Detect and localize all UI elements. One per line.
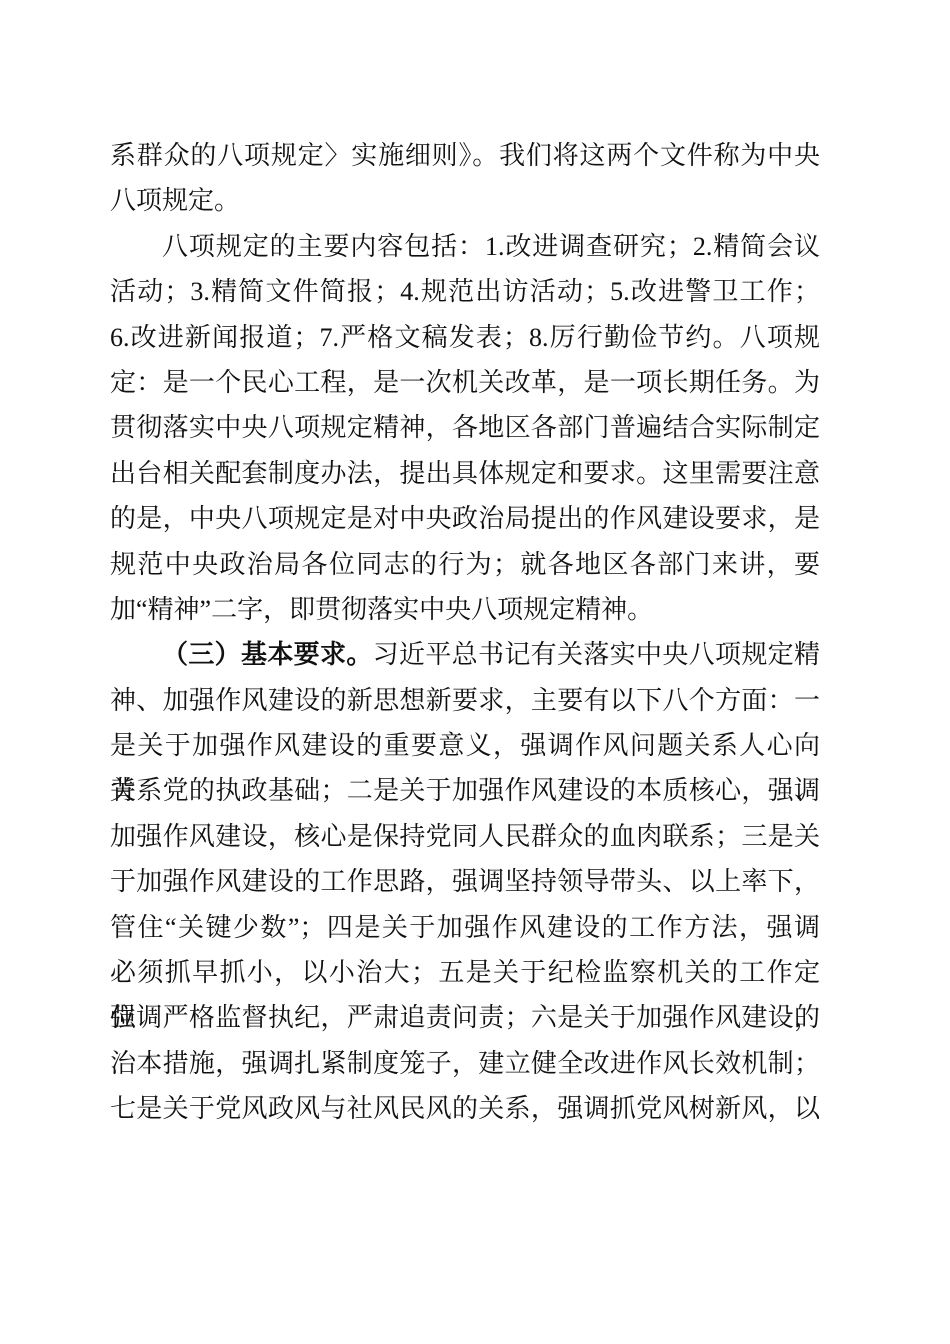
text-line: 加“精神”二字，即贯彻落实中央八项规定精神。 xyxy=(110,587,820,632)
text-line: 规范中央政治局各位同志的行为；就各地区各部门来讲，要 xyxy=(110,542,820,587)
text-line: 是关于加强作风建设的重要意义，强调作风问题关系人心向背、 xyxy=(110,723,820,768)
text-line: 于加强作风建设的工作思路，强调坚持领导带头、以上率下， xyxy=(110,859,820,904)
text-line: 贯彻落实中央八项规定精神，各地区各部门普遍结合实际制定 xyxy=(110,405,820,450)
text-line: 6.改进新闻报道；7.严格文稿发表；8.厉行勤俭节约。八项规 xyxy=(110,315,820,360)
text-line: 加强作风建设，核心是保持党同人民群众的血肉联系；三是关 xyxy=(110,814,820,859)
text-line: 管住“关键少数”；四是关于加强作风建设的工作方法，强调 xyxy=(110,905,820,950)
text-line: 习近平总书记有关落实中央八项规定精 xyxy=(373,640,820,669)
text-line: 定：是一个民心工程，是一次机关改革，是一项长期任务。为 xyxy=(110,360,820,405)
text-line: 七是关于党风政风与社风民风的关系，强调抓党风树新风，以 xyxy=(110,1086,820,1131)
text-line: 必须抓早抓小，以小治大；五是关于纪检监察机关的工作定位， xyxy=(110,950,820,995)
document-page: 系群众的八项规定〉实施细则》。我们将这两个文件称为中央 八项规定。 八项规定的主… xyxy=(0,0,950,1344)
text-line: 活动；3.精简文件简报；4.规范出访活动；5.改进警卫工作； xyxy=(110,269,820,314)
text-line: 治本措施，强调扎紧制度笼子，建立健全改进作风长效机制； xyxy=(110,1041,820,1086)
text-line: 的是，中央八项规定是对中央政治局提出的作风建设要求，是 xyxy=(110,496,820,541)
text-line: （三）基本要求。习近平总书记有关落实中央八项规定精 xyxy=(110,632,820,677)
text-line: 八项规定。 xyxy=(110,178,820,223)
text-line: 八项规定的主要内容包括：1.改进调查研究；2.精简会议 xyxy=(110,224,820,269)
section-heading-basic-requirements: （三）基本要求。 xyxy=(162,640,373,669)
text-line: 强调严格监督执纪，严肃追责问责；六是关于加强作风建设的 xyxy=(110,995,820,1040)
text-line: 出台相关配套制度办法，提出具体规定和要求。这里需要注意 xyxy=(110,451,820,496)
document-body: 系群众的八项规定〉实施细则》。我们将这两个文件称为中央 八项规定。 八项规定的主… xyxy=(110,133,820,1132)
text-line: 关系党的执政基础；二是关于加强作风建设的本质核心，强调 xyxy=(110,768,820,813)
text-line: 神、加强作风建设的新思想新要求，主要有以下八个方面：一 xyxy=(110,678,820,723)
text-line: 系群众的八项规定〉实施细则》。我们将这两个文件称为中央 xyxy=(110,133,820,178)
